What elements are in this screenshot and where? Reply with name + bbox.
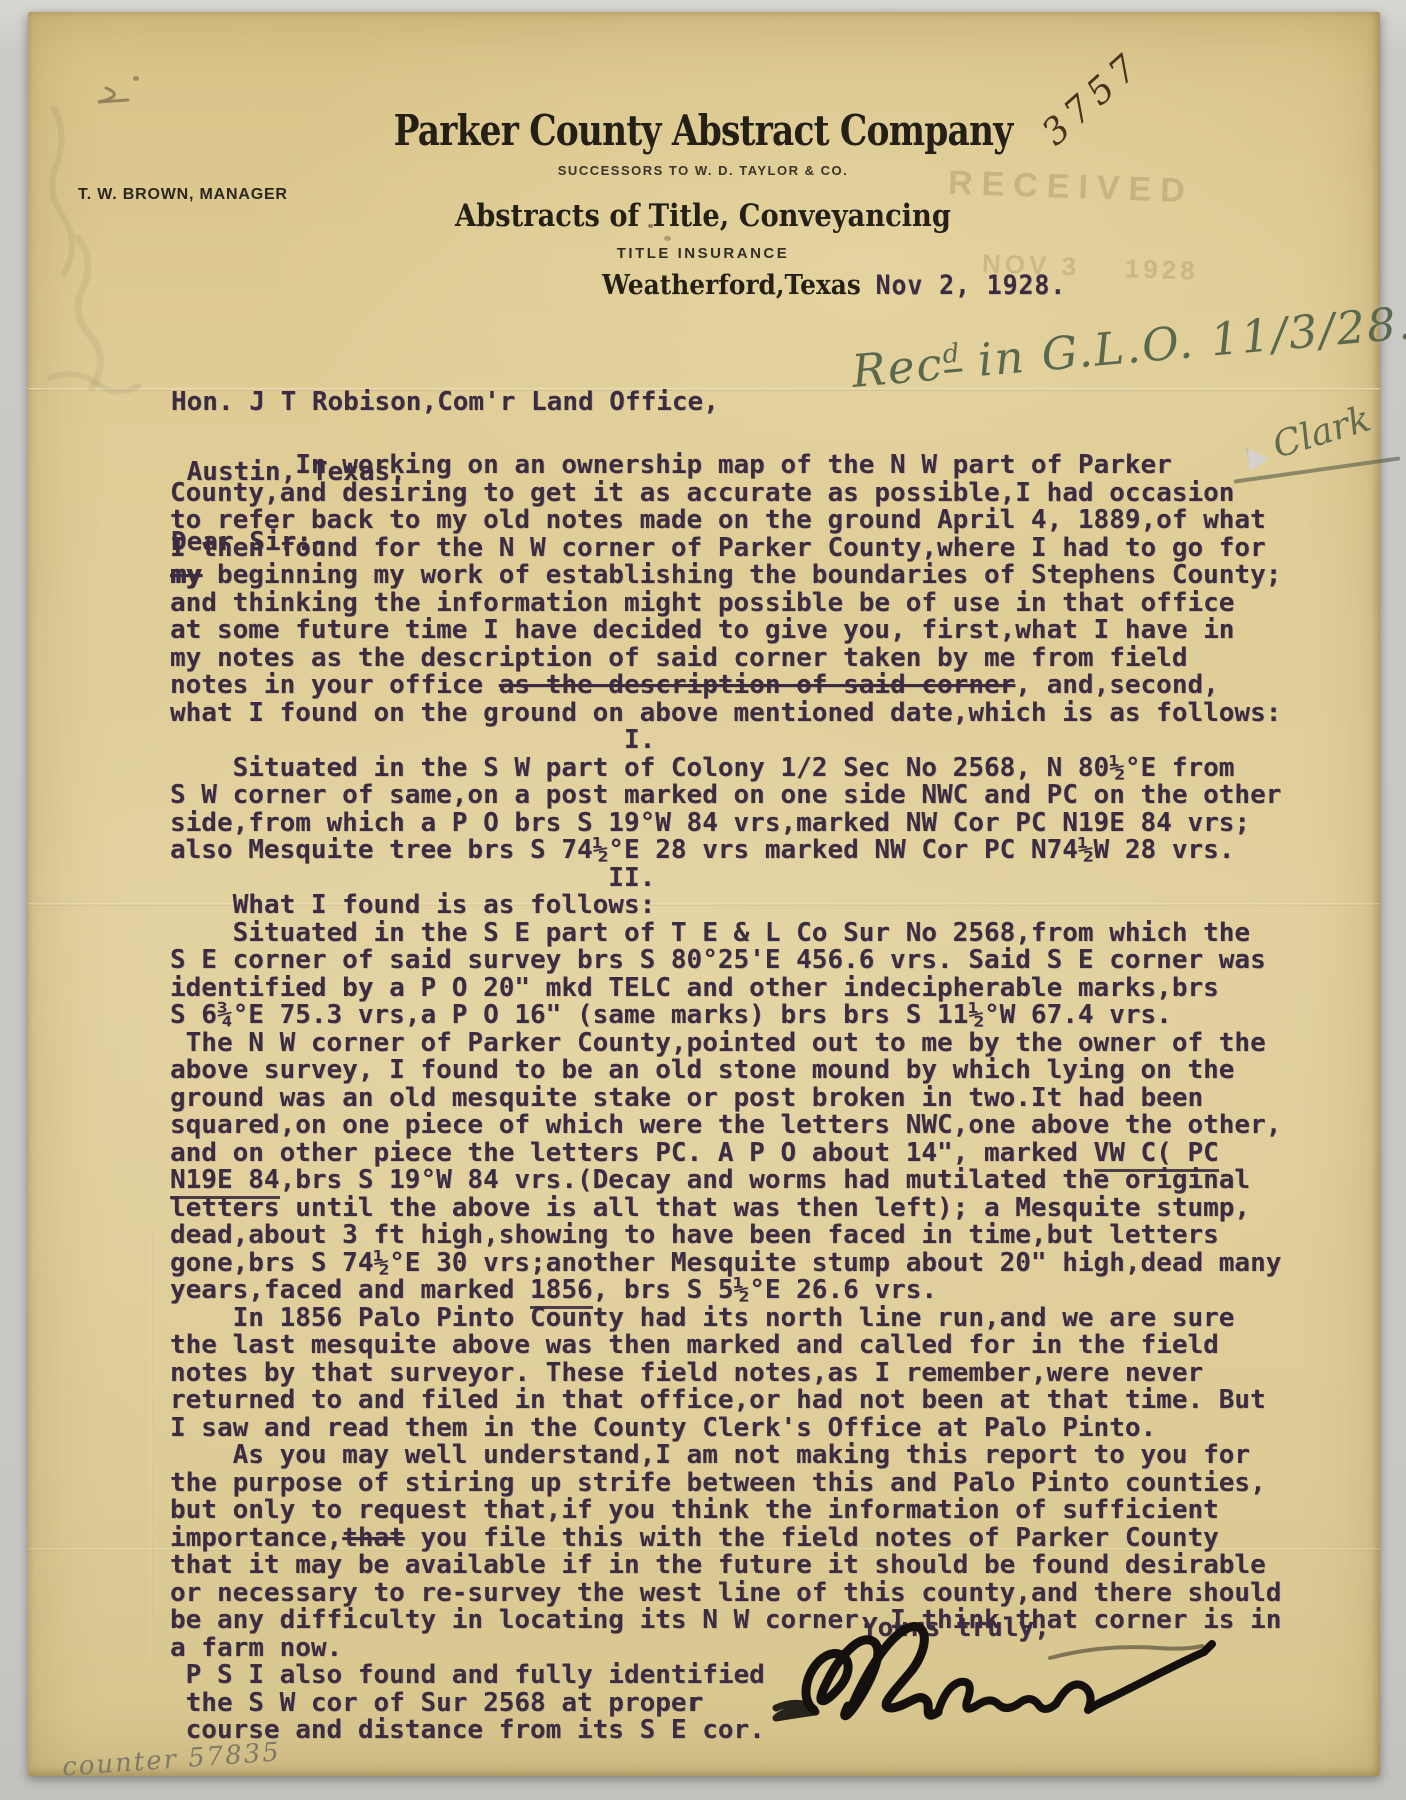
typed-line: What I found is as follows: xyxy=(170,892,1281,920)
typed-line: N19E 84,brs S 19°W 84 vrs.(Decay and wor… xyxy=(170,1167,1281,1195)
typed-line: As you may well understand,I am not maki… xyxy=(170,1442,1281,1470)
typed-line: to refer back to my old notes made on th… xyxy=(170,507,1281,535)
typed-line: I. xyxy=(170,727,1281,755)
typed-line: dead,about 3 ft high,showing to have bee… xyxy=(170,1222,1281,1250)
typed-line: side,from which a P O brs S 19°W 84 vrs,… xyxy=(170,810,1281,838)
typed-line: In 1856 Palo Pinto County had its north … xyxy=(170,1305,1281,1333)
typed-line: above survey, I found to be an old stone… xyxy=(170,1057,1281,1085)
typed-line: notes by that surveyor. These field note… xyxy=(170,1360,1281,1388)
typed-line: at some future time I have decided to gi… xyxy=(170,617,1281,645)
typed-line: Situated in the S E part of T E & L Co S… xyxy=(170,920,1281,948)
typed-line: letters until the above is all that was … xyxy=(170,1195,1281,1223)
typed-line: S W corner of same,on a post marked on o… xyxy=(170,782,1281,810)
typed-line: or necessary to re-survey the west line … xyxy=(170,1580,1281,1608)
typed-line: The N W corner of Parker County,pointed … xyxy=(170,1030,1281,1058)
typed-line: my notes as the description of said corn… xyxy=(170,645,1281,673)
typed-line: and thinking the information might possi… xyxy=(170,590,1281,618)
typed-line: notes in your office as the description … xyxy=(170,672,1281,700)
typed-line: and on other piece the letters PC. A P O… xyxy=(170,1140,1281,1168)
letter-body: In working on an ownership map of the N … xyxy=(170,452,1281,1745)
typed-line: In working on an ownership map of the N … xyxy=(170,452,1281,480)
typed-line: importance,that you file this with the f… xyxy=(170,1525,1281,1553)
typed-line: Situated in the S W part of Colony 1/2 S… xyxy=(170,755,1281,783)
typed-line: II. xyxy=(170,865,1281,893)
signature xyxy=(768,1612,1218,1742)
typed-line: what I found on the ground on above ment… xyxy=(170,700,1281,728)
typed-line: I then found for the N W corner of Parke… xyxy=(170,535,1281,563)
typed-line: returned to and filed in that office,or … xyxy=(170,1387,1281,1415)
typed-line: the purpose of stiring up strife between… xyxy=(170,1470,1281,1498)
addressee-line: Hon. J T Robison,Com'r Land Office, xyxy=(171,385,719,420)
typed-line: S 6¾°E 75.3 vrs,a P O 16" (same marks) b… xyxy=(170,1002,1281,1030)
typed-line: ground was an old mesquite stake or post… xyxy=(170,1085,1281,1113)
typed-line: years,faced and marked 1856, brs S 5½°E … xyxy=(170,1277,1281,1305)
fold-crease-vertical xyxy=(150,1230,153,1660)
typed-line: also Mesquite tree brs S 74½°E 28 vrs ma… xyxy=(170,837,1281,865)
typed-line: identified by a P O 20" mkd TELC and oth… xyxy=(170,975,1281,1003)
typed-line: that it may be available if in the futur… xyxy=(170,1552,1281,1580)
typed-line: S E corner of said survey brs S 80°25'E … xyxy=(170,947,1281,975)
typed-line: gone,brs S 74½°E 30 vrs;another Mesquite… xyxy=(170,1250,1281,1278)
successors-line: SUCCESSORS TO W. D. TAYLOR & CO. xyxy=(0,163,1406,178)
place-name: Weatherford,Texas xyxy=(602,270,861,301)
typed-line: the last mesquite above was then marked … xyxy=(170,1332,1281,1360)
typed-line: my beginning my work of establishing the… xyxy=(170,562,1281,590)
scanned-letter-page: { "letterhead": { "company_name": "Parke… xyxy=(0,0,1406,1800)
typed-line: but only to request that,if you think th… xyxy=(170,1497,1281,1525)
ink-speck xyxy=(664,236,671,241)
glo-note-prefix: Rec xyxy=(850,337,946,398)
typed-line: County,and desiring to get it as accurat… xyxy=(170,480,1281,508)
typed-line: squared,on one piece of which were the l… xyxy=(170,1112,1281,1140)
typed-line: I saw and read them in the County Clerk'… xyxy=(170,1415,1281,1443)
